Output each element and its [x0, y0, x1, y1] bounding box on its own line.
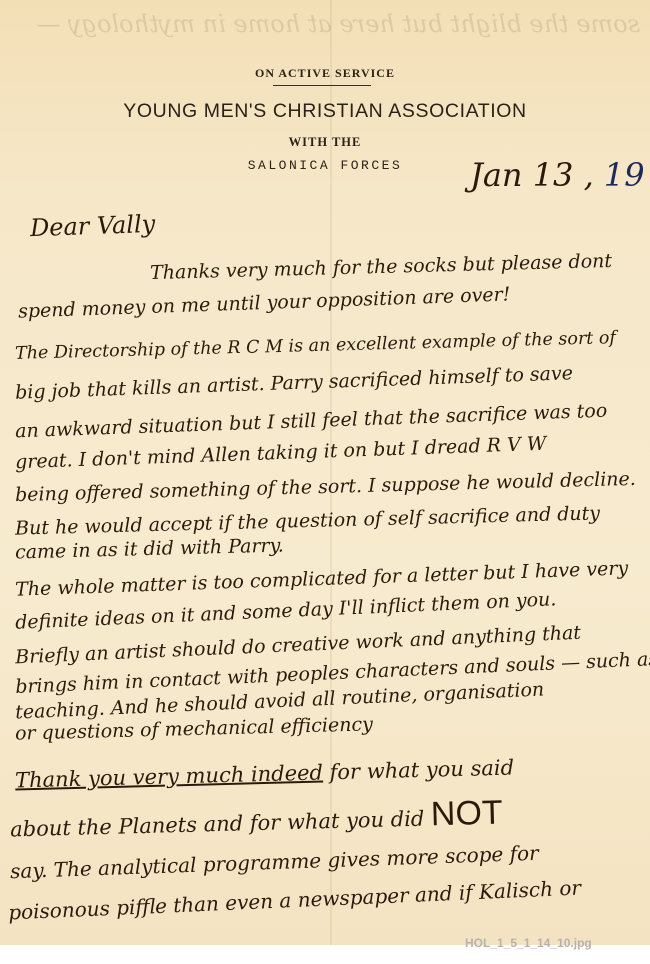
letter-line: Thanks very much for the socks but pleas… [150, 250, 612, 284]
planets-text: about the Planets and for what you did [10, 806, 431, 841]
letter-line: poisonous piffle than even a newspaper a… [8, 876, 582, 925]
letter-date: Jan 13 , 19 [470, 156, 645, 194]
date-year: 19 [604, 156, 645, 194]
bleed-through-text: some the blight but here at home in myth… [40, 10, 640, 38]
letter-line: came in as it did with Parry. [15, 534, 284, 563]
letter-line: big job that kills an artist. Parry sacr… [15, 362, 573, 403]
letter-line: But he would accept if the question of s… [15, 502, 600, 539]
letter-line: spend money on me until your opposition … [18, 283, 511, 322]
letter-line: say. The analytical programme gives more… [10, 841, 539, 883]
letterhead-with-the: WITH THE [0, 135, 650, 150]
letterhead-rule [273, 85, 371, 86]
thanks-underlined: Thank you very much indeed [15, 760, 323, 792]
file-watermark: HOL_1_5_1_14_10.jpg [465, 936, 592, 950]
letter-page: some the blight but here at home in myth… [0, 0, 650, 945]
date-sep: , [584, 156, 594, 194]
salutation: Dear Vally [30, 210, 156, 242]
thanks-rest: for what you said [323, 755, 515, 784]
letter-line-planets: about the Planets and for what you did N… [10, 794, 504, 846]
letterhead-organization: YOUNG MEN'S CHRISTIAN ASSOCIATION [0, 100, 650, 123]
letter-line: The Directorship of the R C M is an exce… [15, 328, 616, 364]
letter-line-thanks: Thank you very much indeed for what you … [15, 755, 515, 792]
not-word: NOT [430, 794, 503, 834]
letterhead-active-service: ON ACTIVE SERVICE [0, 66, 650, 81]
date-day: Jan 13 [470, 156, 573, 194]
letter-line: being offered something of the sort. I s… [15, 468, 636, 506]
